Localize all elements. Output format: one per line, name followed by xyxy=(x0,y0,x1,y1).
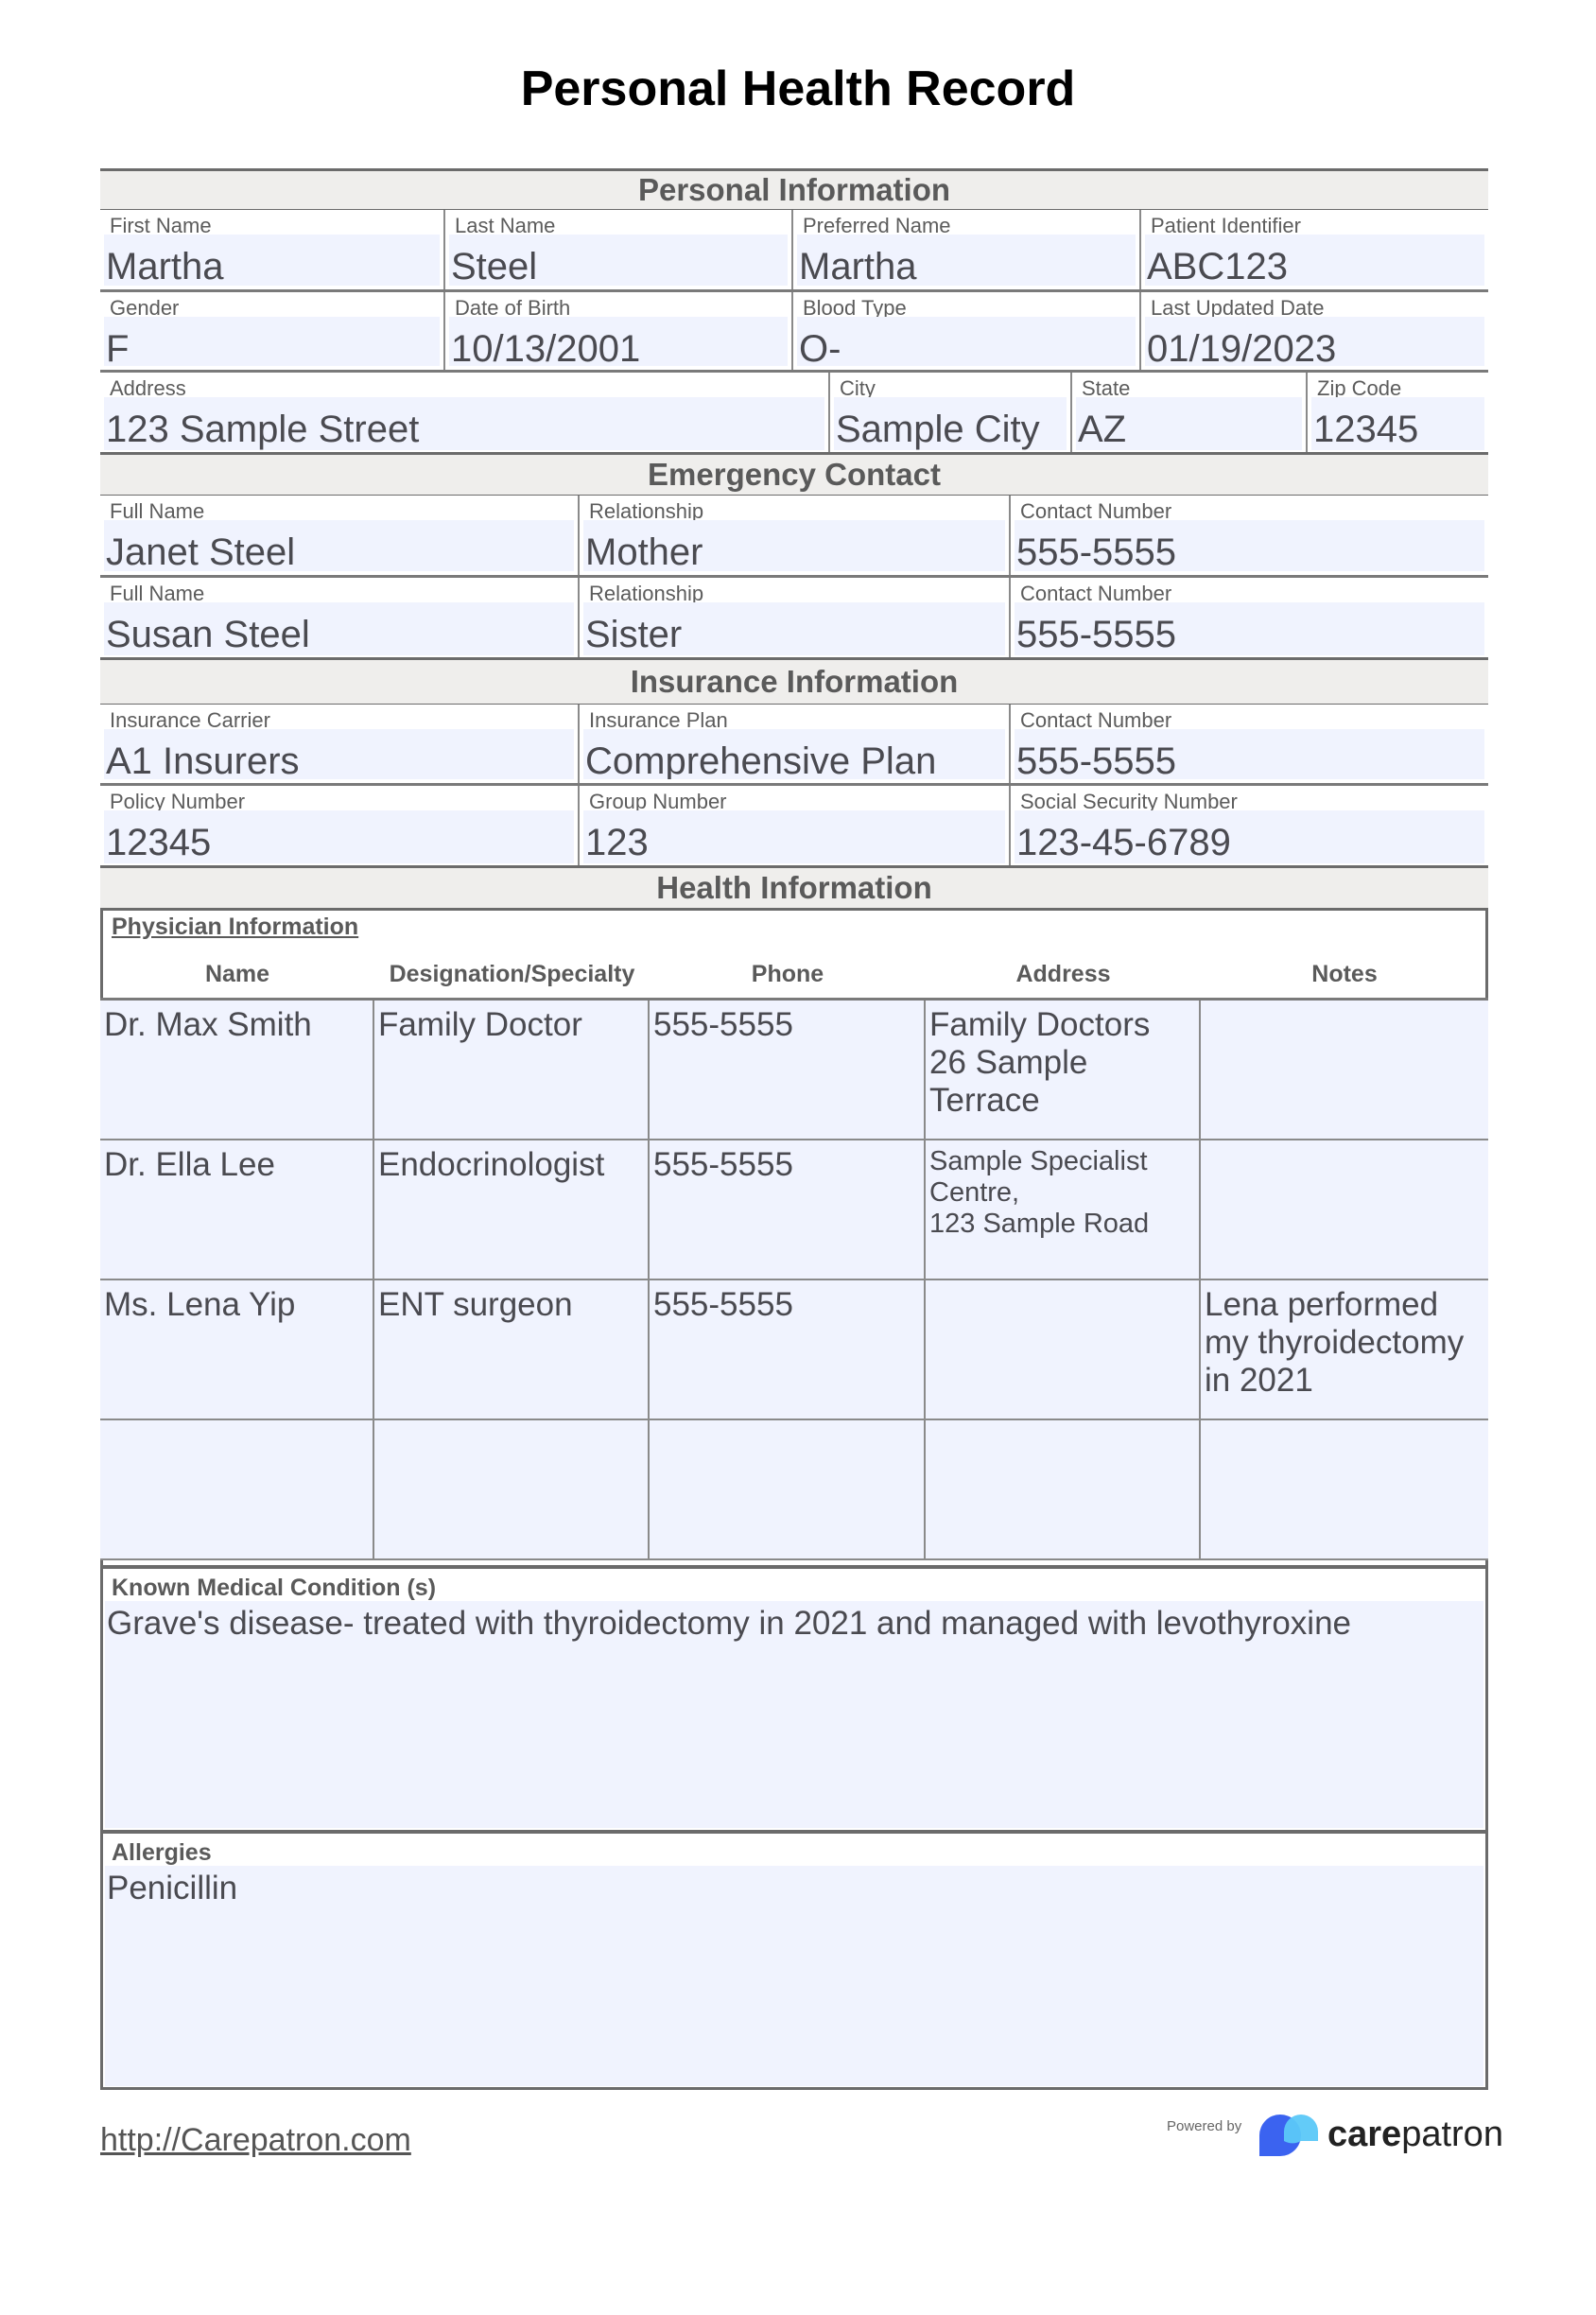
field-value[interactable]: 123 xyxy=(583,810,1005,863)
physician-notes[interactable] xyxy=(1201,1001,1488,1139)
physician-table: Dr. Max Smith Family Doctor 555-5555 Fam… xyxy=(100,998,1488,1560)
emergency-contact-header: Emergency Contact xyxy=(100,452,1488,497)
zip-code-field[interactable]: Zip Code12345 xyxy=(1308,373,1488,454)
physician-notes[interactable] xyxy=(1201,1140,1488,1279)
emergency-contact-row: Full NameSusan Steel RelationshipSister … xyxy=(100,578,1488,659)
column-header: Name xyxy=(100,961,374,988)
city-field[interactable]: CitySample City xyxy=(830,373,1072,454)
physician-name[interactable]: Dr. Max Smith xyxy=(100,1001,374,1139)
field-value[interactable]: A1 Insurers xyxy=(104,729,574,779)
field-value[interactable]: Martha xyxy=(104,235,440,286)
field-value[interactable]: Susan Steel xyxy=(104,602,574,655)
physician-specialty[interactable]: Endocrinologist xyxy=(374,1140,650,1279)
ec-full-name-field[interactable]: Full NameSusan Steel xyxy=(100,578,580,659)
table-row xyxy=(100,1420,1488,1560)
field-value[interactable]: 555-5555 xyxy=(1015,729,1484,779)
carepatron-link[interactable]: http://Carepatron.com xyxy=(100,2122,411,2159)
allergies-section: Allergies Penicillin xyxy=(100,1830,1488,2090)
field-value[interactable]: Sister xyxy=(583,602,1005,655)
field-value[interactable]: 555-5555 xyxy=(1015,520,1484,571)
physician-specialty[interactable]: Family Doctor xyxy=(374,1001,650,1139)
medical-conditions-section: Known Medical Condition (s) Grave's dise… xyxy=(100,1565,1488,1832)
page-title: Personal Health Record xyxy=(0,61,1596,117)
physician-table-header: Name Designation/Specialty Phone Address… xyxy=(100,961,1488,988)
allergies-value[interactable]: Penicillin xyxy=(105,1866,1483,2086)
policy-number-field[interactable]: Policy Number12345 xyxy=(100,786,580,867)
column-header: Phone xyxy=(650,961,926,988)
field-value[interactable]: 12345 xyxy=(104,810,574,863)
field-value[interactable]: Martha xyxy=(797,235,1136,286)
allergies-label: Allergies xyxy=(112,1839,212,1867)
field-value[interactable]: F xyxy=(104,317,440,366)
table-row: Ms. Lena Yip ENT surgeon 555-5555 Lena p… xyxy=(100,1280,1488,1420)
last-updated-date-field[interactable]: Last Updated Date01/19/2023 xyxy=(1141,292,1488,370)
insurance-carrier-field[interactable]: Insurance CarrierA1 Insurers xyxy=(100,705,580,783)
address-field[interactable]: Address123 Sample Street xyxy=(100,373,830,454)
field-value[interactable]: 123-45-6789 xyxy=(1015,810,1484,863)
physician-phone[interactable] xyxy=(650,1420,926,1558)
physician-address[interactable]: Family Doctors 26 Sample Terrace xyxy=(926,1001,1201,1139)
powered-by-label: Powered by xyxy=(1167,2118,1241,2134)
physician-name[interactable]: Dr. Ella Lee xyxy=(100,1140,374,1279)
brand-rest: patron xyxy=(1401,2115,1503,2154)
physician-name[interactable] xyxy=(100,1420,374,1558)
first-name-field[interactable]: First NameMartha xyxy=(100,210,445,289)
physician-address[interactable] xyxy=(926,1280,1201,1419)
field-value[interactable]: O- xyxy=(797,317,1136,366)
insurance-row-1: Insurance CarrierA1 Insurers Insurance P… xyxy=(100,705,1488,786)
ec-contact-number-field[interactable]: Contact Number555-5555 xyxy=(1011,578,1488,659)
blood-type-field[interactable]: Blood TypeO- xyxy=(793,292,1141,370)
state-field[interactable]: StateAZ xyxy=(1072,373,1308,454)
insurance-contact-number-field[interactable]: Contact Number555-5555 xyxy=(1011,705,1488,783)
physician-name[interactable]: Ms. Lena Yip xyxy=(100,1280,374,1419)
carepatron-logo-icon xyxy=(1258,2113,1326,2160)
patient-identifier-field[interactable]: Patient IdentifierABC123 xyxy=(1141,210,1488,289)
column-header: Designation/Specialty xyxy=(374,961,650,988)
last-name-field[interactable]: Last NameSteel xyxy=(445,210,793,289)
field-value[interactable]: 123 Sample Street xyxy=(104,397,824,450)
physician-specialty[interactable] xyxy=(374,1420,650,1558)
personal-row-3: Address123 Sample Street CitySample City… xyxy=(100,373,1488,454)
health-info-header: Health Information xyxy=(100,865,1488,911)
field-value[interactable]: Comprehensive Plan xyxy=(583,729,1005,779)
ec-contact-number-field[interactable]: Contact Number555-5555 xyxy=(1011,496,1488,575)
field-value[interactable]: 12345 xyxy=(1311,397,1484,450)
field-value[interactable]: Sample City xyxy=(834,397,1067,450)
personal-row-2: GenderF Date of Birth10/13/2001 Blood Ty… xyxy=(100,292,1488,373)
brand-bold: care xyxy=(1327,2115,1401,2154)
insurance-plan-field[interactable]: Insurance PlanComprehensive Plan xyxy=(580,705,1011,783)
field-value[interactable]: AZ xyxy=(1076,397,1302,450)
medical-conditions-value[interactable]: Grave's disease- treated with thyroidect… xyxy=(105,1601,1483,1828)
physician-phone[interactable]: 555-5555 xyxy=(650,1001,926,1139)
emergency-contact-row: Full NameJanet Steel RelationshipMother … xyxy=(100,496,1488,578)
medical-conditions-label: Known Medical Condition (s) xyxy=(112,1575,436,1602)
ec-relationship-field[interactable]: RelationshipMother xyxy=(580,496,1011,575)
preferred-name-field[interactable]: Preferred NameMartha xyxy=(793,210,1141,289)
physician-address[interactable] xyxy=(926,1420,1201,1558)
physician-phone[interactable]: 555-5555 xyxy=(650,1280,926,1419)
personal-info-header: Personal Information xyxy=(100,168,1488,212)
physician-info-label: Physician Information xyxy=(112,914,358,941)
field-value[interactable]: Mother xyxy=(583,520,1005,571)
physician-specialty[interactable]: ENT surgeon xyxy=(374,1280,650,1419)
physician-address[interactable]: Sample Specialist Centre, 123 Sample Roa… xyxy=(926,1140,1201,1279)
field-value[interactable]: 555-5555 xyxy=(1015,602,1484,655)
gender-field[interactable]: GenderF xyxy=(100,292,445,370)
table-row: Dr. Ella Lee Endocrinologist 555-5555 Sa… xyxy=(100,1140,1488,1280)
personal-row-1: First NameMartha Last NameSteel Preferre… xyxy=(100,210,1488,292)
field-value[interactable]: 10/13/2001 xyxy=(449,317,788,366)
field-value[interactable]: Steel xyxy=(449,235,788,286)
group-number-field[interactable]: Group Number123 xyxy=(580,786,1011,867)
date-of-birth-field[interactable]: Date of Birth10/13/2001 xyxy=(445,292,793,370)
physician-notes[interactable] xyxy=(1201,1420,1488,1558)
field-value[interactable]: 01/19/2023 xyxy=(1145,317,1484,366)
field-value[interactable]: ABC123 xyxy=(1145,235,1484,286)
column-header: Address xyxy=(926,961,1201,988)
field-value[interactable]: Janet Steel xyxy=(104,520,574,571)
ec-relationship-field[interactable]: RelationshipSister xyxy=(580,578,1011,659)
carepatron-logo-text: carepatron xyxy=(1327,2115,1503,2155)
column-header: Notes xyxy=(1201,961,1488,988)
table-row: Dr. Max Smith Family Doctor 555-5555 Fam… xyxy=(100,1001,1488,1140)
ec-full-name-field[interactable]: Full NameJanet Steel xyxy=(100,496,580,575)
insurance-info-header: Insurance Information xyxy=(100,657,1488,706)
physician-notes[interactable]: Lena performed my thyroidectomy in 2021 xyxy=(1201,1280,1488,1419)
ssn-field[interactable]: Social Security Number123-45-6789 xyxy=(1011,786,1488,867)
physician-phone[interactable]: 555-5555 xyxy=(650,1140,926,1279)
insurance-row-2: Policy Number12345 Group Number123 Socia… xyxy=(100,786,1488,867)
